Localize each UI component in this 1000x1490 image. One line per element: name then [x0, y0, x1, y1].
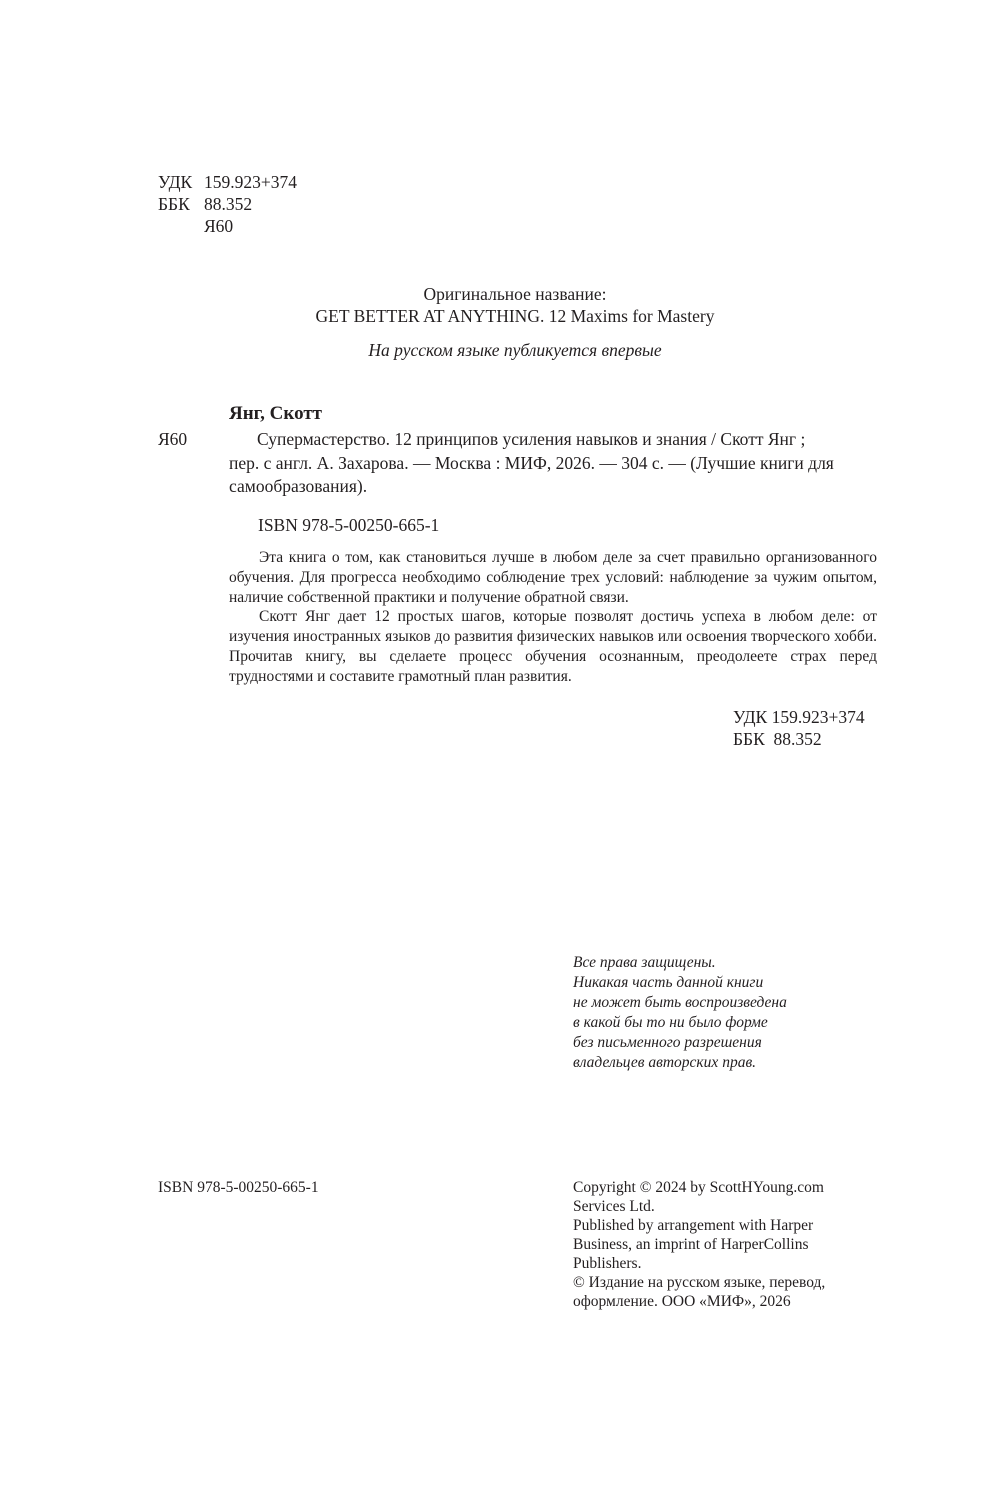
copyright-line: оформление. ООО «МИФ», 2026: [573, 1292, 825, 1311]
first-publication-note: На русском языке публикуется впервые: [200, 339, 830, 361]
original-title-block: Оригинальное название: GET BETTER AT ANY…: [200, 283, 830, 361]
annotation-paragraph: Скотт Янг дает 12 простых шагов, которые…: [229, 607, 877, 686]
rights-line: не может быть воспроизведена: [573, 993, 787, 1013]
rights-line: владельцев авторских прав.: [573, 1053, 787, 1073]
author-mark-top: Я60: [204, 215, 233, 237]
rights-line: Никакая часть данной книги: [573, 973, 787, 993]
rights-notice: Все права защищены. Никакая часть данной…: [573, 953, 787, 1073]
classification-bottom: УДК 159.923+374 ББК 88.352: [733, 706, 865, 750]
copyright-line: Published by arrangement with Harper: [573, 1216, 825, 1235]
udk-label: УДК: [158, 171, 204, 193]
bbk-label: ББК: [158, 193, 204, 215]
copyright-line: Publishers.: [573, 1254, 825, 1273]
author-heading: Янг, Скотт: [229, 403, 322, 425]
copyright-block: Copyright © 2024 by ScottHYoung.com Serv…: [573, 1178, 825, 1311]
classification-top: УДК159.923+374 ББК88.352 Я60: [158, 171, 297, 237]
copyright-line: © Издание на русском языке, перевод,: [573, 1273, 825, 1292]
udk-bottom: УДК 159.923+374: [733, 706, 865, 728]
description-line: пер. с англ. А. Захарова. — Москва : МИФ…: [229, 452, 879, 476]
udk-value: 159.923+374: [204, 171, 297, 193]
annotation: Эта книга о том, как становиться лучше в…: [229, 548, 877, 687]
copyright-line: Business, an imprint of HarperCollins: [573, 1235, 825, 1254]
catalog-isbn: ISBN 978-5-00250-665-1: [258, 514, 439, 536]
copyright-line: Services Ltd.: [573, 1197, 825, 1216]
bbk-value: 88.352: [204, 193, 252, 215]
bbk-bottom: ББК 88.352: [733, 728, 865, 750]
description-line: Супермастерство. 12 принципов усиления н…: [229, 428, 879, 452]
description-line: самообразования).: [229, 475, 879, 499]
rights-line: без письменного разрешения: [573, 1033, 787, 1053]
original-title-label: Оригинальное название:: [200, 283, 830, 305]
rights-line: в какой бы то ни было форме: [573, 1013, 787, 1033]
original-title: GET BETTER AT ANYTHING. 12 Maxims for Ma…: [200, 305, 830, 327]
footer-isbn: ISBN 978-5-00250-665-1: [158, 1178, 319, 1198]
catalog-description: Супермастерство. 12 принципов усиления н…: [229, 428, 879, 499]
rights-line: Все права защищены.: [573, 953, 787, 973]
annotation-paragraph: Эта книга о том, как становиться лучше в…: [229, 548, 877, 607]
author-mark-card: Я60: [158, 428, 187, 450]
copyright-line: Copyright © 2024 by ScottHYoung.com: [573, 1178, 825, 1197]
